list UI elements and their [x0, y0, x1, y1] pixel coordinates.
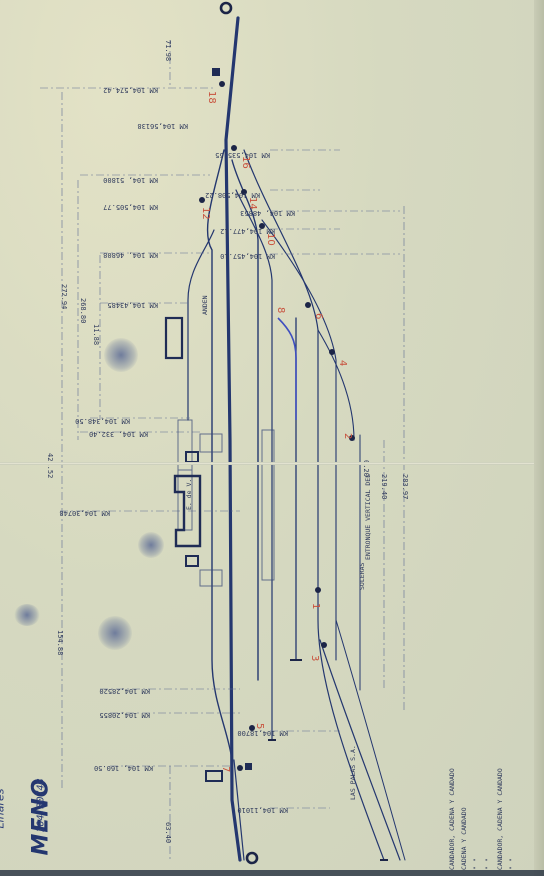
blue-pencil-curve	[278, 318, 296, 420]
km-label: KM 104,30748	[59, 509, 110, 517]
switch-number: 12	[200, 207, 211, 220]
switch-number: 6	[313, 313, 324, 319]
track-2	[232, 160, 258, 680]
switch-number: 14	[247, 197, 258, 210]
paper-fold	[0, 462, 544, 465]
dimension-label: 272.94	[60, 284, 68, 309]
dimension-label: 11.88	[92, 324, 100, 345]
track-annotation: E. de V.	[185, 479, 193, 510]
track-annotation: LAS PALAS S.A.	[349, 745, 357, 800]
station-km: 104,30748	[36, 778, 47, 832]
switch-number: 10	[265, 233, 276, 246]
paper-edge	[534, 0, 544, 876]
track-5	[262, 220, 336, 660]
dimension-label: 71.98	[164, 40, 172, 61]
km-label: KM 104,574.42	[103, 86, 158, 94]
legend-line: CANDADOR, CADENA Y CANDADO	[448, 768, 456, 870]
km-label: KM 104, 51800	[103, 176, 158, 184]
km-label: KM 104,505.77	[103, 203, 158, 211]
legend-line: CANDADOR, CADENA Y CANDADO	[496, 768, 504, 870]
km-label: KM 104, 48853	[240, 209, 295, 217]
switch-number: 8	[275, 307, 286, 313]
paper-bottom-edge	[0, 870, 544, 876]
switch-number: 1	[310, 603, 321, 609]
km-label: KM 104,348.50	[75, 417, 130, 425]
track-3	[236, 190, 272, 740]
km-label: KM 104,18700	[237, 729, 288, 737]
blueprint-sheet: KM 104,574.42KM 104,56138KM 104,535.55KM…	[0, 0, 544, 876]
km-label: KM 104, 46808	[103, 251, 158, 259]
switch-number: 5	[254, 723, 265, 729]
track-annotation: ANDEN	[201, 295, 209, 315]
dimension-label: 154.88	[56, 630, 64, 655]
switch-number: 2	[342, 433, 353, 439]
legend-line: " "	[508, 858, 516, 870]
line-name: Linares	[0, 789, 6, 829]
km-label: KM 104,56138	[137, 122, 188, 130]
km-label: KM 104,28520	[99, 687, 150, 695]
goods-shed	[166, 318, 182, 358]
siding-goods	[188, 230, 214, 420]
switch-number: 3	[309, 655, 320, 661]
dimension-label: 268.80	[79, 298, 87, 323]
signal-north-icon	[221, 3, 231, 13]
km-label: KM 104,11010	[237, 806, 288, 814]
dimension-label: 421.52	[46, 453, 54, 478]
legend-line: " "	[472, 858, 480, 870]
legend-line: CADENA Y CANDADO	[460, 807, 468, 870]
switch-number: 18	[206, 91, 217, 104]
km-label: KM 104,457.10	[220, 252, 275, 260]
dimension-label: 63.40	[164, 822, 172, 843]
km-label: KM 104, 332.40	[89, 430, 148, 438]
dimension-label: 283.97	[401, 474, 409, 499]
track-annotation: ENTRONQUE VERTICAL DEL	[364, 474, 372, 560]
dimension-label: 219.40	[380, 474, 388, 499]
signal-south-icon	[247, 853, 257, 863]
track-annotation: SOLERAS	[358, 563, 366, 590]
km-label: KM 104,43485	[107, 301, 158, 309]
km-label: KM 104,20855	[99, 711, 150, 719]
legend-line: " "	[484, 858, 492, 870]
switch-number: 7	[220, 766, 231, 772]
switch-number: 4	[337, 360, 348, 366]
station-title-block: Linares MENO 104,30748	[0, 720, 154, 870]
switch-number: 16	[240, 156, 251, 169]
